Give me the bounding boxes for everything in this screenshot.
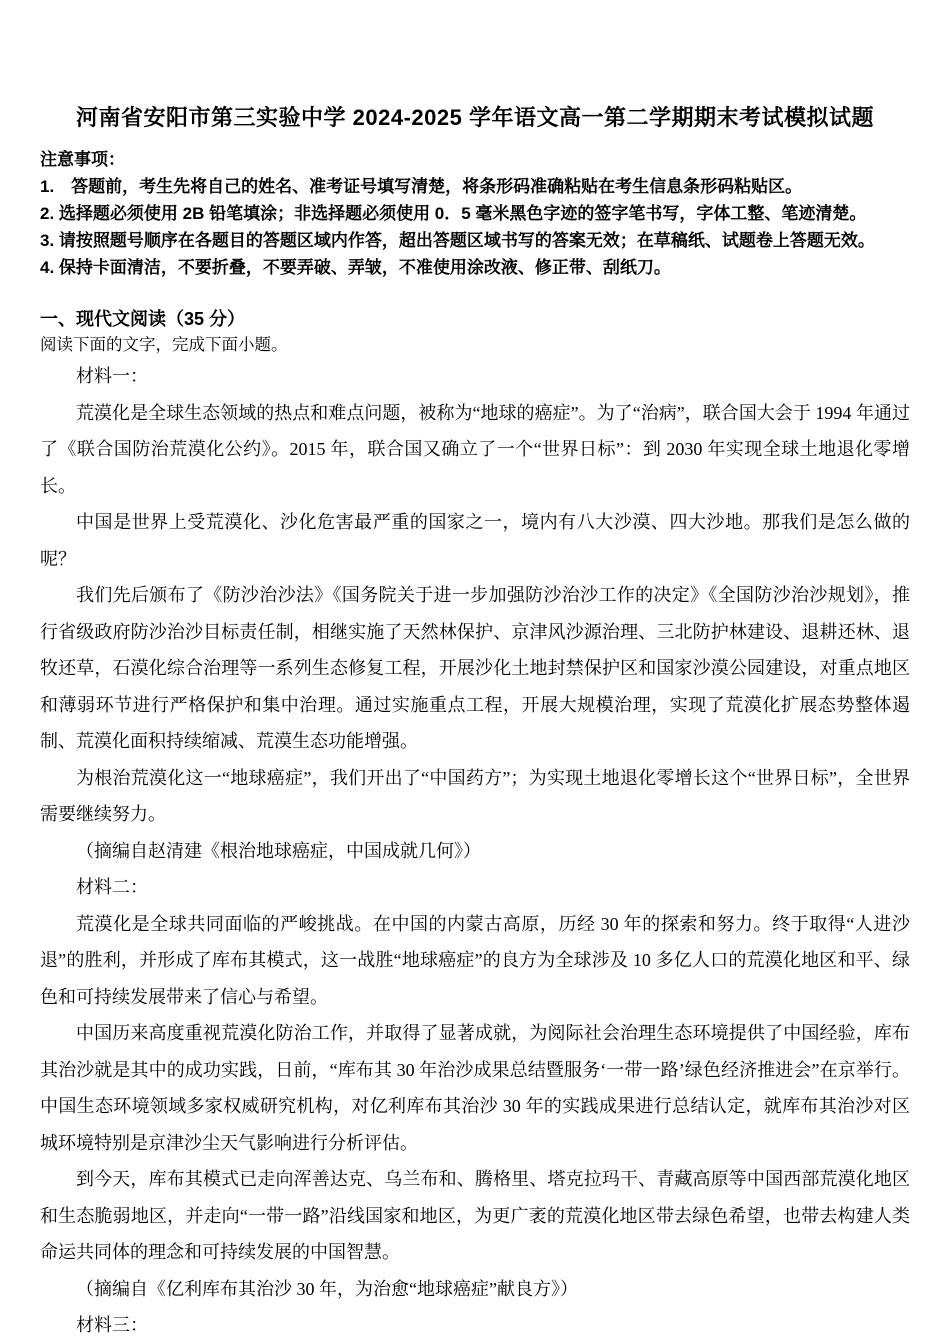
notice-item-4: 4. 保持卡面清洁，不要折叠，不要弄破、弄皱，不准使用涂改液、修正带、刮纸刀。 <box>40 254 910 281</box>
material-1-source: （摘编自赵清建《根治地球癌症，中国成就几何》） <box>40 833 910 870</box>
notice-item-2: 2. 选择题必须使用 2B 铅笔填涂；非选择题必须使用 0．5 毫米黑色字迹的签… <box>40 200 910 227</box>
body-paragraph: 我们先后颁布了《防沙治沙法》《国务院关于进一步加强防沙治沙工作的决定》《全国防沙… <box>40 577 910 760</box>
body-paragraph: 到今天，库布其模式已走向浑善达克、乌兰布和、腾格里、塔克拉玛干、青藏高原等中国西… <box>40 1161 910 1271</box>
material-3-label: 材料三： <box>40 1307 910 1344</box>
body-paragraph: 荒漠化是全球生态领域的热点和难点问题，被称为“地球的癌症”。为了“治病”，联合国… <box>40 395 910 505</box>
document-title: 河南省安阳市第三实验中学 2024-2025 学年语文高一第二学期期末考试模拟试… <box>40 102 910 134</box>
body-paragraph: 中国历来高度重视荒漠化防治工作，并取得了显著成就，为阅际社会治理生态环境提供了中… <box>40 1015 910 1161</box>
material-2-source: （摘编自《亿利库布其治沙 30 年，为治愈“地球癌症”献良方》） <box>40 1271 910 1308</box>
material-2-label: 材料二： <box>40 869 910 906</box>
exam-document-page: 河南省安阳市第三实验中学 2024-2025 学年语文高一第二学期期末考试模拟试… <box>0 0 950 1344</box>
body-paragraph: 为根治荒漠化这一“地球癌症”，我们开出了“中国药方”；为实现土地退化零增长这个“… <box>40 760 910 833</box>
notice-heading: 注意事项： <box>40 146 910 173</box>
section-1-heading: 一、现代文阅读（35 分） <box>40 306 910 332</box>
reading-passage: 材料一： 荒漠化是全球生态领域的热点和难点问题，被称为“地球的癌症”。为了“治病… <box>40 358 910 1344</box>
body-paragraph: 荒漠化是全球共同面临的严峻挑战。在中国的内蒙古高原，历经 30 年的探索和努力。… <box>40 906 910 1016</box>
notice-section: 注意事项： 1. 答题前，考生先将自己的姓名、准考证号填写清楚，将条形码准确粘贴… <box>40 146 910 281</box>
notice-item-1: 1. 答题前，考生先将自己的姓名、准考证号填写清楚，将条形码准确粘贴在考生信息条… <box>40 173 910 200</box>
body-paragraph: 中国是世界上受荒漠化、沙化危害最严重的国家之一，境内有八大沙漠、四大沙地。那我们… <box>40 504 910 577</box>
material-1-label: 材料一： <box>40 358 910 395</box>
notice-item-3: 3. 请按照题号顺序在各题目的答题区域内作答，超出答题区域书写的答案无效；在草稿… <box>40 227 910 254</box>
section-1-intro: 阅读下面的文字，完成下面小题。 <box>40 332 910 358</box>
